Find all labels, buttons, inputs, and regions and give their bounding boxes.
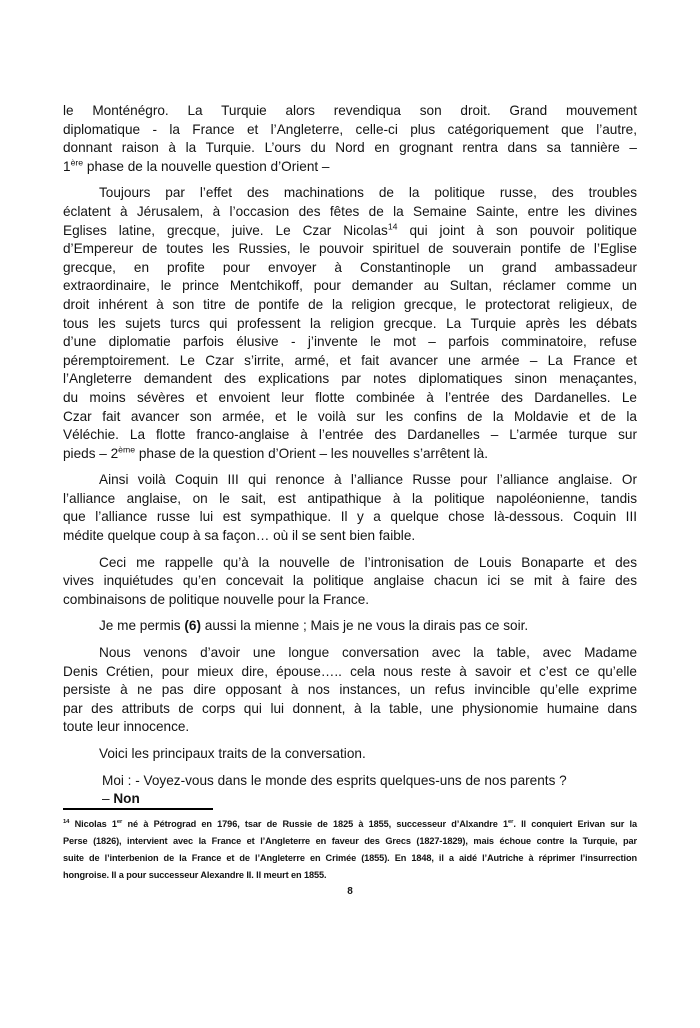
footnote-separator <box>63 808 213 810</box>
paragraph: Nous venons d’avoir une longue conversat… <box>63 644 637 737</box>
paragraph: Ceci me rappelle qu’à la nouvelle de l’i… <box>63 554 637 610</box>
paragraph: Ainsi voilà Coquin III qui renonce à l’a… <box>63 471 637 545</box>
footnote: 14 Nicolas 1er né à Pétrograd en 1796, t… <box>63 816 637 884</box>
paragraph: Je me permis (6) aussi la mienne ; Mais … <box>63 617 637 636</box>
paragraph: Toujours par l’effet des machinations de… <box>63 184 637 463</box>
paragraph: Voici les principaux traits de la conver… <box>63 745 637 764</box>
paragraph-dialogue: Moi : - Voyez-vous dans le monde des esp… <box>63 772 637 809</box>
document-page: le Monténégro. La Turquie alors revendiq… <box>0 0 700 1028</box>
paragraph: le Monténégro. La Turquie alors revendiq… <box>63 102 637 176</box>
page-number: 8 <box>0 886 700 897</box>
body-text: le Monténégro. La Turquie alors revendiq… <box>63 102 637 809</box>
